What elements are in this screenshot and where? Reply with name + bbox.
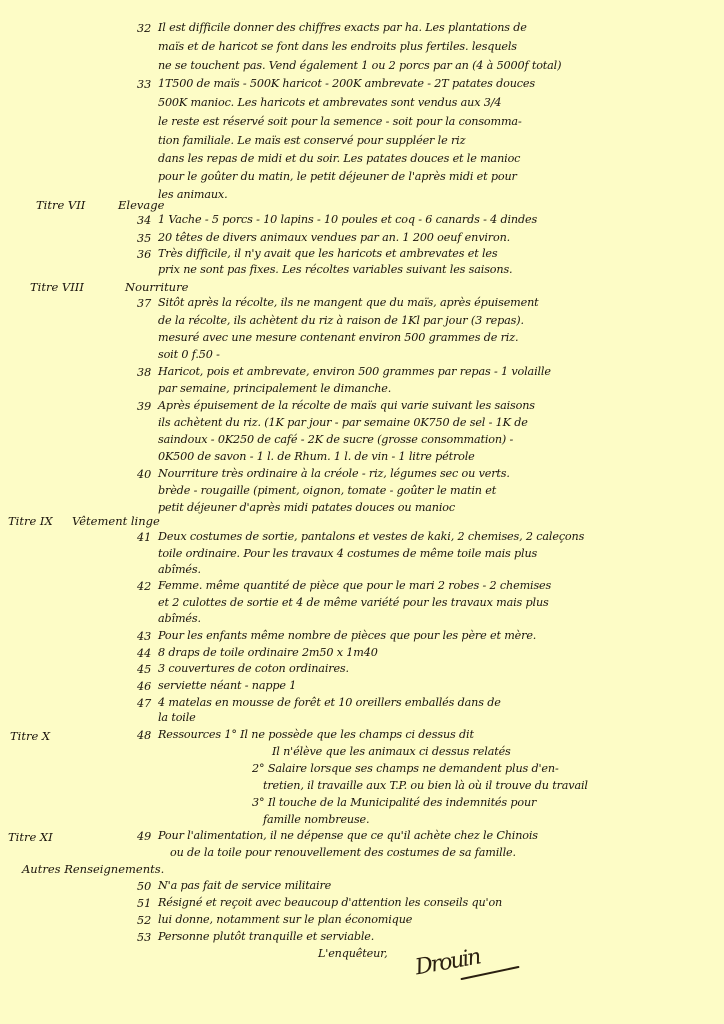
text-line: Haricot, pois et ambrevate, environ 500 … xyxy=(158,366,551,377)
item-number: 42 xyxy=(137,580,151,593)
text-line: Résigné et reçoit avec beaucoup d'attent… xyxy=(158,897,502,908)
text-line: N'a pas fait de service militaire xyxy=(158,880,331,891)
item-number: 41 xyxy=(137,531,151,544)
item-number: 32 xyxy=(137,22,151,35)
text-line: 8 draps de toile ordinaire 2m50 x 1m40 xyxy=(158,647,378,658)
text-line: petit déjeuner d'après midi patates douc… xyxy=(158,502,455,513)
text-line: maïs et de haricot se font dans les endr… xyxy=(158,41,517,52)
item-number: 53 xyxy=(137,931,151,944)
item-number: 33 xyxy=(137,78,151,91)
text-line: et 2 culottes de sortie et 4 de même var… xyxy=(158,597,549,608)
text-line: ils achètent du riz. (1K par jour - par … xyxy=(158,417,528,428)
text-line: abîmés. xyxy=(158,613,201,624)
text-line: Très difficile, il n'y avait que les har… xyxy=(158,248,497,259)
text-line: de la récolte, ils achètent du riz à rai… xyxy=(158,315,524,326)
item-number: 47 xyxy=(137,697,151,710)
item-number: 37 xyxy=(137,297,151,310)
section-title: Elevage xyxy=(118,198,164,212)
text-line: tion familiale. Le maïs est conservé pou… xyxy=(158,135,465,146)
text-line: Personne plutôt tranquille et serviable. xyxy=(158,931,374,942)
text-line: la toile xyxy=(158,712,196,723)
text-line: Sitôt après la récolte, ils ne mangent q… xyxy=(158,297,539,308)
text-line: soit 0 f.50 - xyxy=(158,349,220,360)
text-line: les animaux. xyxy=(158,189,228,200)
item-number: 50 xyxy=(137,880,151,893)
item-number: 40 xyxy=(137,468,151,481)
text-line: lui donne, notamment sur le plan économi… xyxy=(158,914,412,925)
item-number: 45 xyxy=(137,663,151,676)
section-label: Titre IX xyxy=(8,514,53,528)
text-line: Deux costumes de sortie, pantalons et ve… xyxy=(158,531,584,542)
item-number: 34 xyxy=(137,214,151,227)
text-line: 1 Vache - 5 porcs - 10 lapins - 10 poule… xyxy=(158,214,537,225)
text-line: saindoux - 0K250 de café - 2K de sucre (… xyxy=(158,434,513,445)
section-title: Nourriture xyxy=(125,280,188,294)
handwritten-page: 32 Il est difficile donner des chiffres … xyxy=(0,0,724,1024)
text-line: 1T500 de maïs - 500K haricot - 200K ambr… xyxy=(158,78,535,89)
section-label: Titre XI xyxy=(8,830,53,844)
text-line: prix ne sont pas fixes. Les récoltes var… xyxy=(158,264,512,275)
item-number: 35 xyxy=(137,232,151,245)
item-number: 48 xyxy=(137,729,151,742)
text-line: le reste est réservé soit pour la semenc… xyxy=(158,116,522,127)
text-line: serviette néant - nappe 1 xyxy=(158,680,296,691)
text-line: brède - rougaille (piment, oignon, tomat… xyxy=(158,485,496,496)
text-line: 4 matelas en mousse de forêt et 10 oreil… xyxy=(158,697,501,708)
text-line: Il n'élève que les animaux ci dessus rel… xyxy=(272,746,511,757)
section-title: Vêtement linge xyxy=(72,514,160,528)
item-number: 39 xyxy=(137,400,151,413)
text-line: pour le goûter du matin, le petit déjeun… xyxy=(158,171,517,182)
text-line: Pour l'alimentation, il ne dépense que c… xyxy=(158,830,538,841)
text-line: 2° Salaire lorsque ses champs ne demande… xyxy=(252,763,559,774)
item-number: 44 xyxy=(137,647,151,660)
text-line: dans les repas de midi et du soir. Les p… xyxy=(158,153,520,164)
item-number: 49 xyxy=(137,830,151,843)
item-number: 52 xyxy=(137,914,151,927)
text-line: ne se touchent pas. Vend également 1 ou … xyxy=(158,60,561,71)
text-line: Pour les enfants même nombre de pièces q… xyxy=(158,630,536,641)
text-line: Ressources 1° Il ne possède que les cham… xyxy=(158,729,474,740)
text-line: 500K manioc. Les haricots et ambrevates … xyxy=(158,97,501,108)
closing-text: L'enquêteur, xyxy=(318,948,388,959)
section-label: Titre VIII xyxy=(30,280,84,294)
section-label: Autres Renseignements. xyxy=(22,862,164,876)
text-line: 20 têtes de divers animaux vendues par a… xyxy=(158,232,510,243)
text-line: ou de la toile pour renouvellement des c… xyxy=(170,847,516,858)
text-line: 3 couvertures de coton ordinaires. xyxy=(158,663,349,674)
item-number: 43 xyxy=(137,630,151,643)
text-line: Il est difficile donner des chiffres exa… xyxy=(158,22,527,33)
text-line: toile ordinaire. Pour les travaux 4 cost… xyxy=(158,548,537,559)
section-label: Titre VII xyxy=(36,198,85,212)
item-number: 46 xyxy=(137,680,151,693)
text-line: abîmés. xyxy=(158,564,201,575)
text-line: Après épuisement de la récolte de maïs q… xyxy=(158,400,535,411)
item-number: 36 xyxy=(137,248,151,261)
text-line: 3° Il touche de la Municipalité des inde… xyxy=(252,797,536,808)
text-line: par semaine, principalement le dimanche. xyxy=(158,383,391,394)
text-line: 0K500 de savon - 1 l. de Rhum. 1 l. de v… xyxy=(158,451,475,462)
section-label: Titre X xyxy=(10,729,50,743)
item-number: 38 xyxy=(137,366,151,379)
item-number: 51 xyxy=(137,897,151,910)
text-line: tretien, il travaille aux T.P. ou bien l… xyxy=(263,780,588,791)
text-line: Nourriture très ordinaire à la créole - … xyxy=(158,468,510,479)
text-line: mesuré avec une mesure contenant environ… xyxy=(158,332,518,343)
text-line: famille nombreuse. xyxy=(263,814,369,825)
text-line: Femme. même quantité de pièce que pour l… xyxy=(158,580,551,591)
